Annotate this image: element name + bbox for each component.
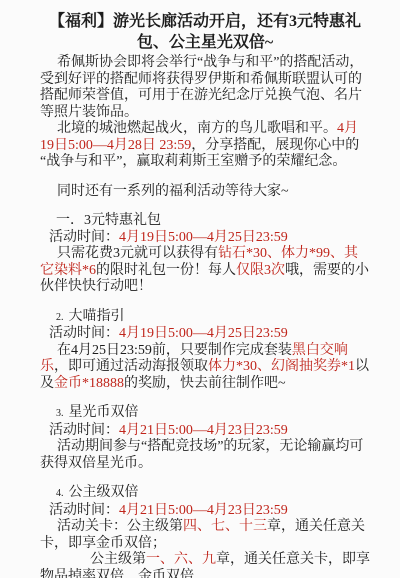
highlight-text: 体力*30、幻阁抽奖券*1	[208, 359, 355, 374]
document-body: 希佩斯协会即将会举行“战争与和平”的搭配活动，受到好评的搭配师将获得罗伊斯和希佩…	[40, 55, 370, 578]
post-title: 【福利】游光长廊活动开启，还有3元特惠礼包、公主星光双倍~	[40, 11, 370, 53]
announcement-page: 【福利】游光长廊活动开启，还有3元特惠礼包、公主星光双倍~ 希佩斯协会即将会举行…	[0, 0, 400, 578]
section-title: 3元特惠礼包	[84, 213, 161, 228]
activity-time-line: 活动时间：4月19日5:00—4月25日23:59	[40, 326, 370, 343]
paragraph: 同时还有一系列的福利活动等待大家~	[40, 184, 370, 201]
highlight-text: 一、六、九	[146, 552, 216, 567]
activity-time-label: 活动时间：	[49, 503, 119, 518]
activity-time-value: 4月21日5:00—4月23日23:59	[119, 423, 288, 438]
section-heading: 4.公主级双倍	[40, 485, 370, 503]
activity-time-label: 活动时间：	[49, 326, 119, 341]
section-number: 2.	[56, 312, 64, 323]
body-text: 活动期间参与“搭配竞技场”的玩家，无论输赢均可获得双倍星光币。	[40, 439, 363, 471]
highlight-text: 仅限3次	[236, 263, 285, 278]
paragraph: 公主级第一、六、九章，通关任意关卡，即享物品掉率双倍，金币双倍	[40, 552, 370, 578]
section-heading: 一．3元特惠礼包	[40, 213, 370, 230]
highlight-text: 金币*18888	[54, 376, 124, 391]
activity-time-value: 4月19日5:00—4月25日23:59	[119, 230, 288, 245]
section-title: 大喵指引	[69, 309, 125, 324]
body-text: 的限时礼包一份！每人	[96, 263, 236, 278]
paragraph: 只需花费3元就可以获得有钻石*30、体力*99、其它染料*6的限时礼包一份！每人…	[40, 246, 370, 296]
section-heading: 2.大喵指引	[40, 309, 370, 327]
activity-time-line: 活动时间：4月19日5:00—4月25日23:59	[40, 230, 370, 247]
body-text: 北境的城池燃起战火，南方的鸟儿歌唱和平。	[57, 121, 337, 136]
paragraph: 北境的城池燃起战火，南方的鸟儿歌唱和平。4月19日5:00—4月28日 23:5…	[40, 121, 370, 171]
paragraph: 希佩斯协会即将会举行“战争与和平”的搭配活动，受到好评的搭配师将获得罗伊斯和希佩…	[40, 55, 370, 121]
paragraph: 活动关卡：公主级第四、七、十三章，通关任意关卡，即享金币双倍；	[40, 519, 370, 552]
section-number: 一．	[56, 213, 84, 228]
body-text: 只需花费3元就可以获得有	[57, 246, 218, 261]
activity-time-line: 活动时间：4月21日5:00—4月23日23:59	[40, 423, 370, 440]
activity-time-label: 活动时间：	[49, 230, 119, 245]
body-text: 在4月25日23:59前，只要制作完成套装	[57, 343, 292, 358]
section-title: 星光币双倍	[69, 405, 139, 420]
body-text: ，即可通过活动海报领取	[54, 359, 208, 374]
body-text: 同时还有一系列的福利活动等待大家~	[57, 184, 289, 199]
activity-time-label: 活动时间：	[49, 423, 119, 438]
body-text: 公主级第	[90, 552, 146, 567]
activity-time-value: 4月19日5:00—4月25日23:59	[119, 326, 288, 341]
paragraph: 活动期间参与“搭配竞技场”的玩家，无论输赢均可获得双倍星光币。	[40, 439, 370, 472]
activity-time-value: 4月21日5:00—4月23日23:59	[119, 503, 288, 518]
section-number: 3.	[56, 408, 64, 419]
section-heading: 3.星光币双倍	[40, 405, 370, 423]
section-number: 4.	[56, 488, 64, 499]
body-text: 活动关卡：公主级第	[57, 519, 183, 534]
highlight-text: 四、七、十三	[183, 519, 267, 534]
activity-time-line: 活动时间：4月21日5:00—4月23日23:59	[40, 503, 370, 520]
body-text: 希佩斯协会即将会举行“战争与和平”的搭配活动，受到好评的搭配师将获得罗伊斯和希佩…	[40, 55, 363, 120]
section-title: 公主级双倍	[69, 485, 139, 500]
paragraph: 在4月25日23:59前，只要制作完成套装黑白交响乐，即可通过活动海报领取体力*…	[40, 343, 370, 393]
body-text: 的奖励，快去前往制作吧~	[124, 376, 286, 391]
